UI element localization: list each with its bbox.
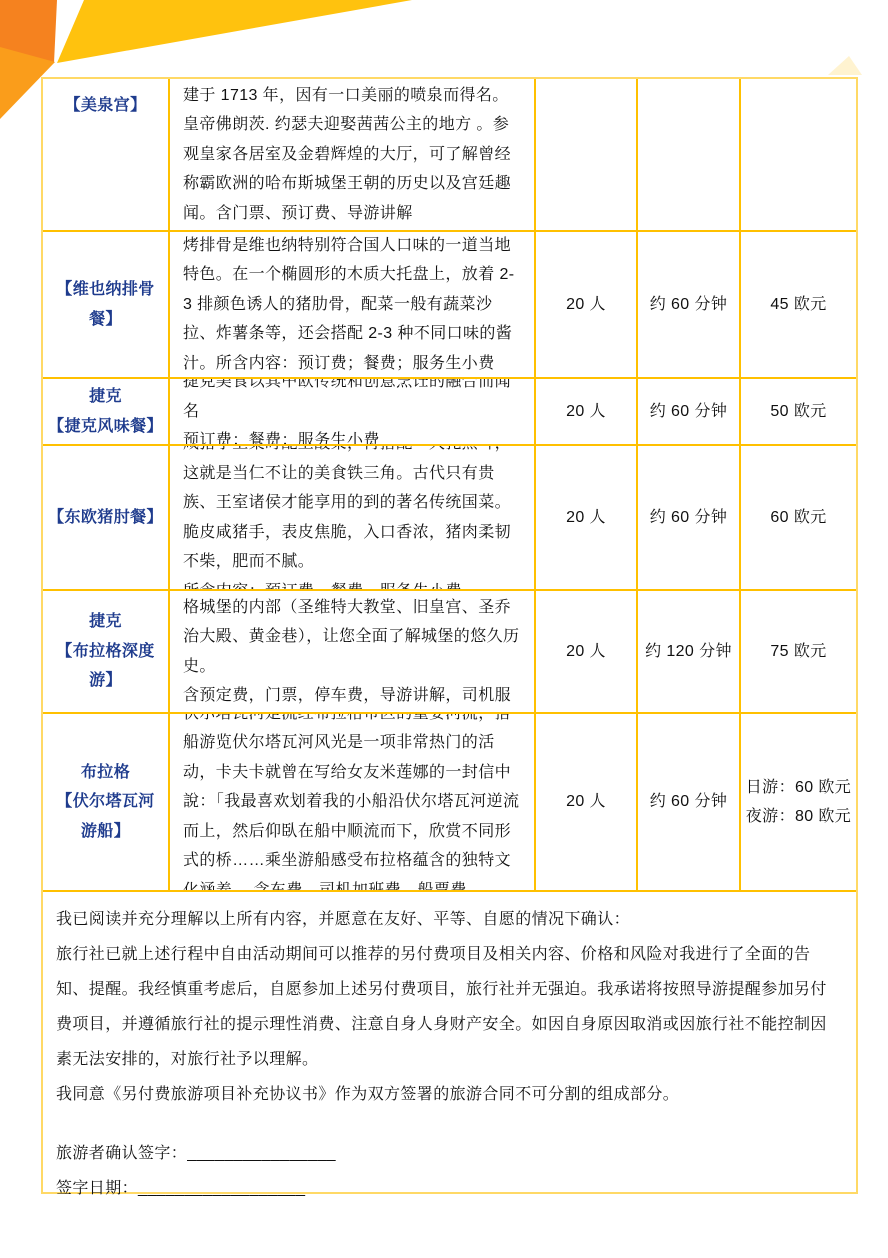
corner-triangle-faint bbox=[828, 56, 862, 75]
duration-cell: 约 120 分钟 bbox=[638, 591, 741, 714]
item-desc: 建于 1713 年，因有一口美丽的喷泉而得名。皇帝佛朗茨. 约瑟夫迎娶茜茜公主的… bbox=[183, 81, 521, 229]
price-cell: 45 欧元 bbox=[741, 232, 856, 379]
item-desc-cell: 烤排骨是维也纳特别符合国人口味的一道当地特色。在一个椭圆形的木质大托盘上，放着 … bbox=[170, 232, 536, 379]
item-name: 【美泉宫】 bbox=[64, 91, 146, 121]
signature-label: 旅游者确认签字： bbox=[56, 1145, 187, 1162]
table-row: 【美泉宫】 建于 1713 年，因有一口美丽的喷泉而得名。皇帝佛朗茨. 约瑟夫迎… bbox=[43, 79, 856, 232]
duration-cell: 约 60 分钟 bbox=[638, 379, 741, 446]
people-cell: 20 人 bbox=[536, 446, 638, 591]
people-cell: 20 人 bbox=[536, 591, 638, 714]
table-row: 布拉格 【伏尔塔瓦河 游船】 伏尔塔瓦河是流经布拉格市区的重要河流，搭船游览伏尔… bbox=[43, 714, 856, 892]
people-value: 20 人 bbox=[566, 637, 606, 667]
item-name: 【维也纳排骨 餐】 bbox=[56, 275, 154, 334]
duration-cell: 约 60 分钟 bbox=[638, 232, 741, 379]
price-value: 75 欧元 bbox=[770, 637, 826, 667]
item-desc: 布拉格城堡区“世界文化遗产”之旅：参观布拉格城堡的内部（圣维特大教堂、旧皇宫、圣… bbox=[183, 591, 521, 714]
people-cell: 20 人 bbox=[536, 232, 638, 379]
table-row: 【东欧猪肘餐】 咸猪手上桌时配上酸菜，再搭配一大扎黑啤，这就是当仁不让的美食铁三… bbox=[43, 446, 856, 591]
item-name-cell: 【东欧猪肘餐】 bbox=[43, 446, 170, 591]
duration-cell: 约 60 分钟 bbox=[638, 446, 741, 591]
item-desc: 烤排骨是维也纳特别符合国人口味的一道当地特色。在一个椭圆形的木质大托盘上，放着 … bbox=[183, 232, 521, 378]
confirmation-intro: 我已阅读并充分理解以上所有内容，并愿意在友好、平等、自愿的情况下确认： bbox=[56, 902, 843, 937]
corner-triangle-orange-dark bbox=[0, 0, 57, 63]
table-row: 捷克 【捷克风味餐】 捷克美食以其中欧传统和创意烹饪的融合而闻名 预订费；餐费；… bbox=[43, 379, 856, 446]
duration-cell bbox=[638, 79, 741, 232]
table-row: 捷克 【布拉格深度 游】 布拉格城堡区“世界文化遗产”之旅：参观布拉格城堡的内部… bbox=[43, 591, 856, 714]
duration-cell: 约 60 分钟 bbox=[638, 714, 741, 892]
item-name: 捷克 【捷克风味餐】 bbox=[48, 382, 163, 441]
price-value: 60 欧元 bbox=[770, 503, 826, 533]
price-value: 45 欧元 bbox=[770, 290, 826, 320]
people-cell bbox=[536, 79, 638, 232]
item-name-cell: 【美泉宫】 bbox=[43, 79, 170, 232]
price-cell: 50 欧元 bbox=[741, 379, 856, 446]
item-desc-cell: 伏尔塔瓦河是流经布拉格市区的重要河流，搭船游览伏尔塔瓦河风光是一项非常热门的活动… bbox=[170, 714, 536, 892]
duration-value: 约 60 分钟 bbox=[650, 787, 728, 817]
price-cell bbox=[741, 79, 856, 232]
item-name-cell: 捷克 【捷克风味餐】 bbox=[43, 379, 170, 446]
date-label: 签字日期： bbox=[56, 1180, 138, 1197]
people-value: 20 人 bbox=[566, 290, 606, 320]
people-value: 20 人 bbox=[566, 787, 606, 817]
traveler-signature-row: 旅游者确认签字：________________ bbox=[56, 1136, 843, 1171]
signature-date-row: 签字日期：__________________ bbox=[56, 1171, 843, 1206]
item-desc: 伏尔塔瓦河是流经布拉格市区的重要河流，搭船游览伏尔塔瓦河风光是一项非常热门的活动… bbox=[183, 714, 521, 892]
price-value: 50 欧元 bbox=[770, 397, 826, 427]
price-value: 日游：60 欧元 夜游：80 欧元 bbox=[746, 773, 851, 832]
date-blank-line: __________________ bbox=[138, 1180, 305, 1197]
price-cell: 日游：60 欧元 夜游：80 欧元 bbox=[741, 714, 856, 892]
duration-value: 约 60 分钟 bbox=[650, 397, 728, 427]
signature-block: 旅游者确认签字：________________ 签字日期：__________… bbox=[56, 1136, 843, 1206]
item-name: 捷克 【布拉格深度 游】 bbox=[56, 607, 154, 696]
people-value: 20 人 bbox=[566, 503, 606, 533]
paid-items-table: 【美泉宫】 建于 1713 年，因有一口美丽的喷泉而得名。皇帝佛朗茨. 约瑟夫迎… bbox=[43, 79, 856, 892]
agreement-sheet: 【美泉宫】 建于 1713 年，因有一口美丽的喷泉而得名。皇帝佛朗茨. 约瑟夫迎… bbox=[41, 77, 858, 1194]
price-cell: 75 欧元 bbox=[741, 591, 856, 714]
item-name-cell: 【维也纳排骨 餐】 bbox=[43, 232, 170, 379]
item-name: 布拉格 【伏尔塔瓦河 游船】 bbox=[56, 758, 154, 847]
item-desc: 咸猪手上桌时配上酸菜，再搭配一大扎黑啤，这就是当仁不让的美食铁三角。古代只有贵族… bbox=[183, 446, 521, 591]
price-cell: 60 欧元 bbox=[741, 446, 856, 591]
people-cell: 20 人 bbox=[536, 379, 638, 446]
corner-triangle-yellow bbox=[57, 0, 412, 63]
item-name-cell: 布拉格 【伏尔塔瓦河 游船】 bbox=[43, 714, 170, 892]
item-name-cell: 捷克 【布拉格深度 游】 bbox=[43, 591, 170, 714]
confirmation-body: 旅行社已就上述行程中自由活动期间可以推荐的另付费项目及相关内容、价格和风险对我进… bbox=[56, 937, 843, 1077]
confirmation-agreement: 我同意《另付费旅游项目补充协议书》作为双方签署的旅游合同不可分割的组成部分。 bbox=[56, 1077, 843, 1112]
table-row: 【维也纳排骨 餐】 烤排骨是维也纳特别符合国人口味的一道当地特色。在一个椭圆形的… bbox=[43, 232, 856, 379]
duration-value: 约 60 分钟 bbox=[650, 290, 728, 320]
people-value: 20 人 bbox=[566, 397, 606, 427]
item-desc: 捷克美食以其中欧传统和创意烹饪的融合而闻名 预订费；餐费；服务生小费 bbox=[183, 379, 521, 446]
item-desc-cell: 布拉格城堡区“世界文化遗产”之旅：参观布拉格城堡的内部（圣维特大教堂、旧皇宫、圣… bbox=[170, 591, 536, 714]
duration-value: 约 120 分钟 bbox=[645, 637, 732, 667]
signature-blank-line: ________________ bbox=[187, 1145, 336, 1162]
item-desc-cell: 建于 1713 年，因有一口美丽的喷泉而得名。皇帝佛朗茨. 约瑟夫迎娶茜茜公主的… bbox=[170, 79, 536, 232]
duration-value: 约 60 分钟 bbox=[650, 503, 728, 533]
confirmation-section: 我已阅读并充分理解以上所有内容，并愿意在友好、平等、自愿的情况下确认： 旅行社已… bbox=[43, 892, 856, 1206]
item-desc-cell: 咸猪手上桌时配上酸菜，再搭配一大扎黑啤，这就是当仁不让的美食铁三角。古代只有贵族… bbox=[170, 446, 536, 591]
item-name: 【东欧猪肘餐】 bbox=[48, 503, 163, 533]
item-desc-cell: 捷克美食以其中欧传统和创意烹饪的融合而闻名 预订费；餐费；服务生小费 bbox=[170, 379, 536, 446]
people-cell: 20 人 bbox=[536, 714, 638, 892]
travel-contract-page: { "document": { "table": { "rows": [ { "… bbox=[0, 0, 888, 1258]
